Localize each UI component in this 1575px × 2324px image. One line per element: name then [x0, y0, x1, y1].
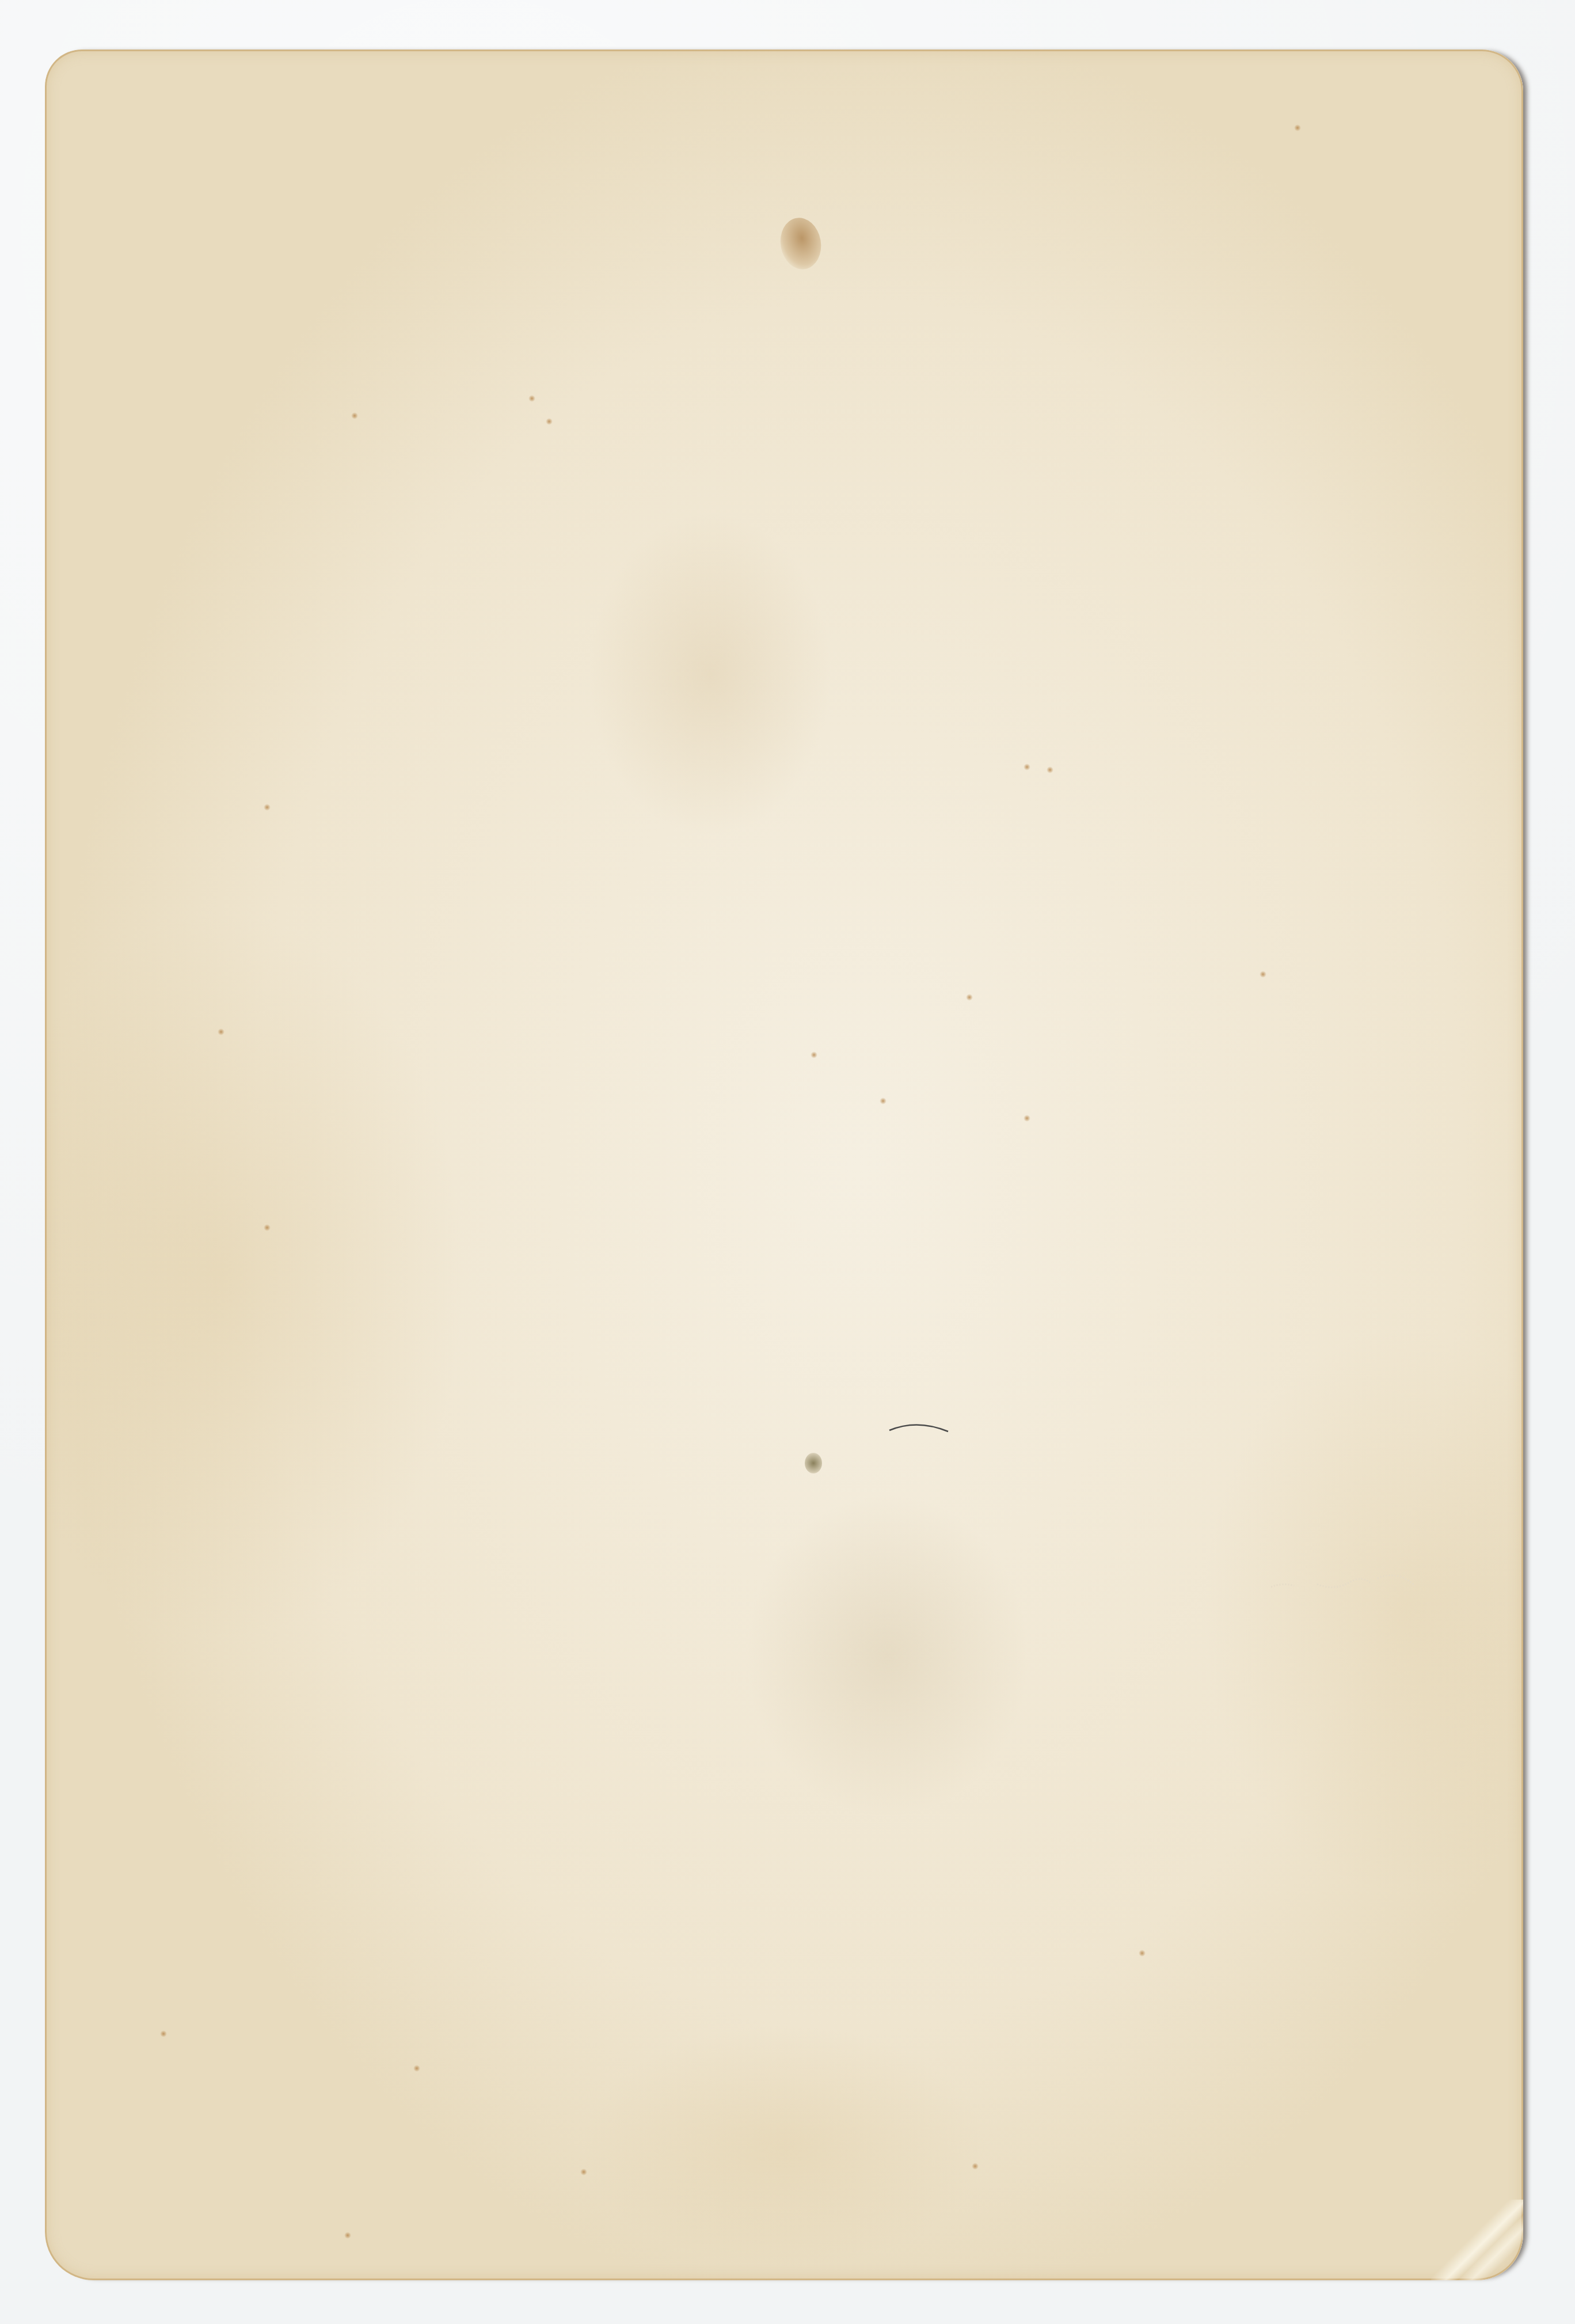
- foxing-speck: [1294, 124, 1301, 131]
- foxing-speck: [1024, 1115, 1030, 1122]
- foxing-speck: [264, 1224, 271, 1231]
- foxing-speck: [966, 994, 973, 1001]
- foxing-speck: [264, 804, 271, 811]
- stray-hair: [888, 1419, 950, 1436]
- foxing-speck: [1047, 766, 1053, 773]
- corner-crease: [1431, 2200, 1523, 2280]
- foxing-speck: [528, 395, 535, 402]
- foxing-speck: [546, 418, 553, 425]
- foxing-speck: [351, 412, 358, 419]
- foxing-stain: [777, 215, 825, 273]
- foxing-speck: [1260, 971, 1266, 978]
- foxing-speck: [413, 2065, 420, 2072]
- foxing-speck: [580, 2169, 587, 2175]
- foxing-speck: [344, 2232, 351, 2239]
- scanner-background: [0, 0, 1575, 2324]
- foxing-speck: [1024, 764, 1030, 770]
- dark-spot: [805, 1453, 822, 1474]
- foxing-speck: [160, 2030, 167, 2037]
- cabinet-card-back: [45, 50, 1523, 2280]
- foxing-speck: [218, 1028, 225, 1035]
- embossed-squiggle: [1271, 1570, 1444, 1598]
- foxing-speck: [1139, 1950, 1146, 1957]
- foxing-speck: [972, 2163, 979, 2170]
- foxing-speck: [811, 1051, 817, 1058]
- foxing-speck: [880, 1098, 887, 1104]
